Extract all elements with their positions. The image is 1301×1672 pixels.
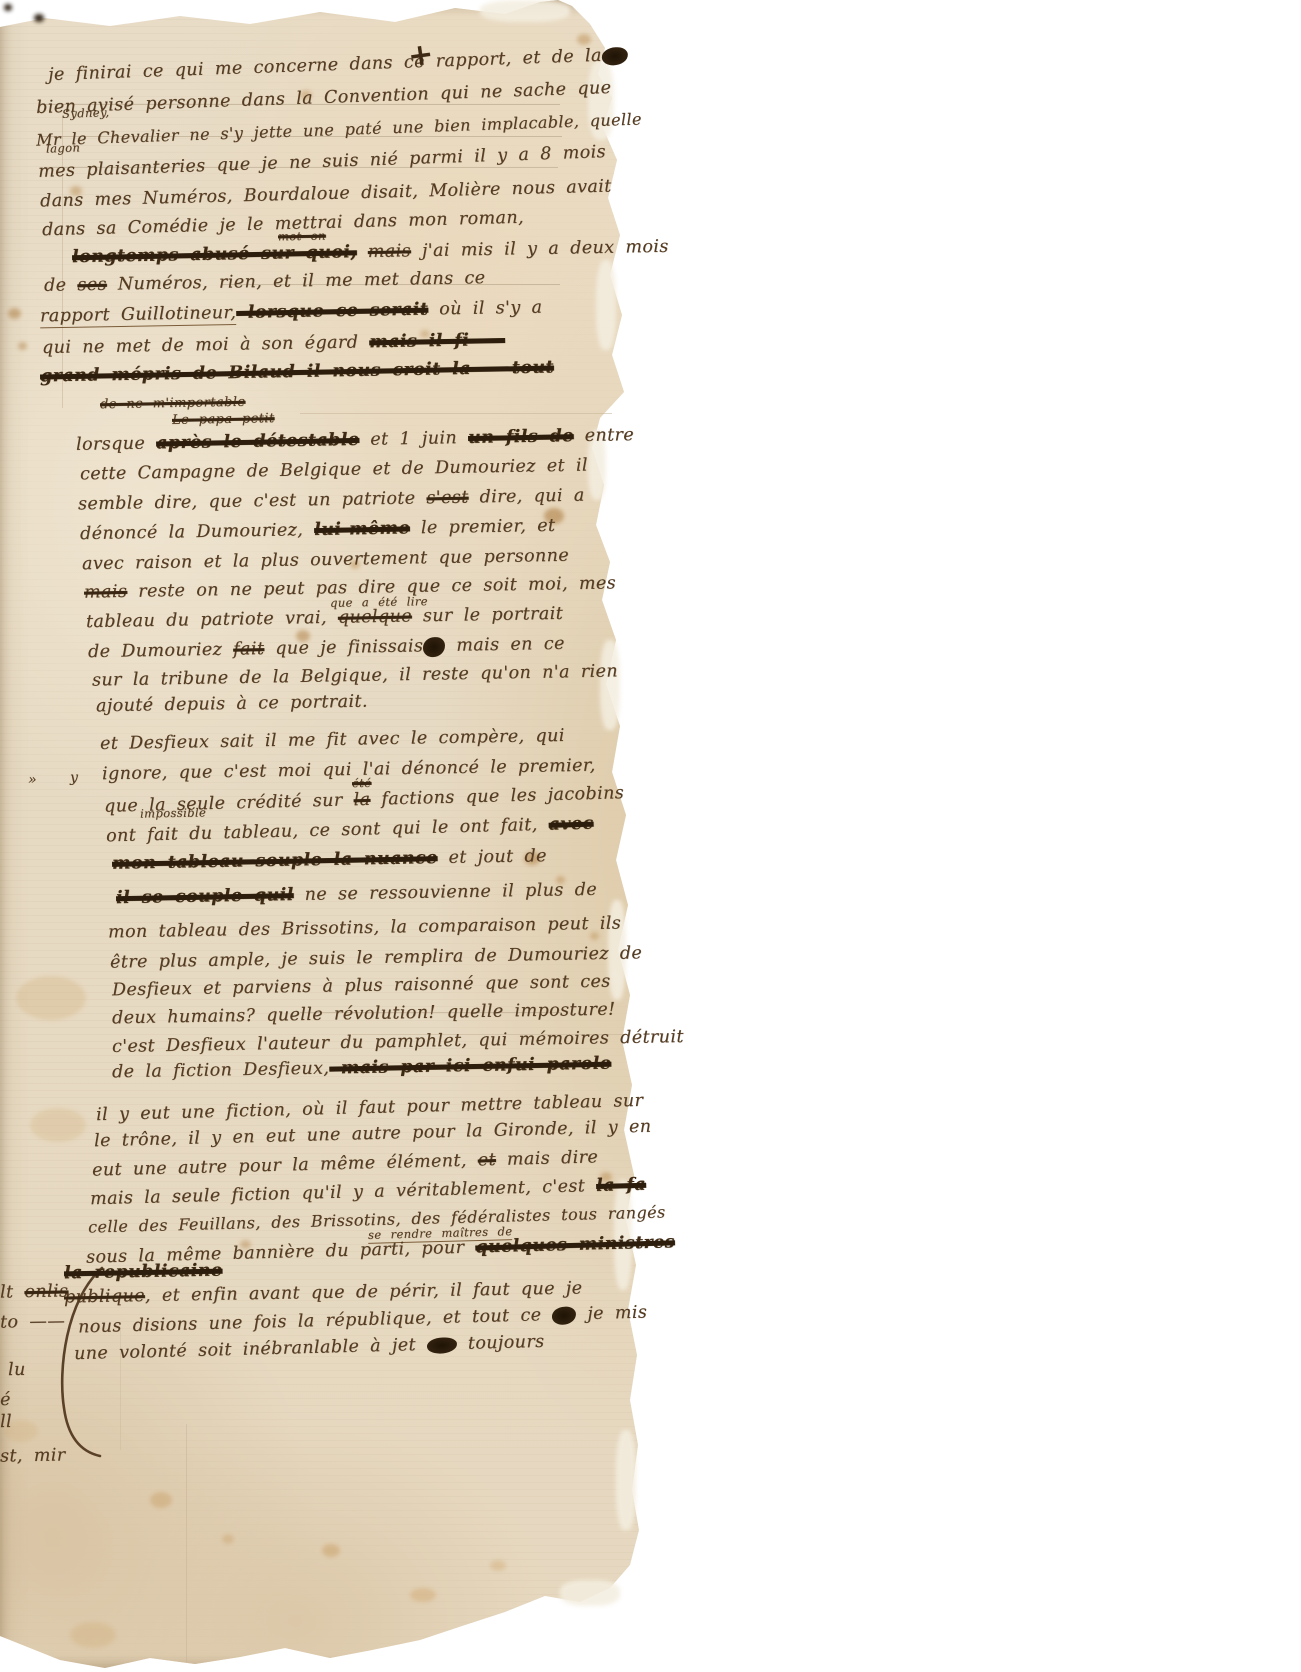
handwritten-line: Le papa petit: [172, 411, 275, 428]
handwritten-text: la fa: [596, 1175, 646, 1196]
handwritten-text: de la fiction Desfieux,: [112, 1059, 330, 1083]
handwritten-line: mot on: [278, 229, 326, 244]
handwritten-text: après le détestable: [156, 430, 360, 454]
margin-note: é: [0, 1390, 11, 1410]
handwritten-text: [357, 242, 368, 262]
handwritten-text: mais: [84, 582, 128, 603]
handwritten-text: lagon: [46, 140, 81, 155]
handwritten-text: Le papa petit: [172, 411, 275, 428]
handwritten-text: publique: [64, 1286, 145, 1307]
ink-blot: [552, 1306, 576, 1325]
handwritten-text: ll: [0, 1412, 12, 1432]
handwritten-text: fait: [233, 639, 264, 660]
handwritten-text: il se couple quil: [116, 885, 294, 908]
handwritten-text: entre: [574, 425, 635, 446]
margin-note: ll: [0, 1412, 12, 1432]
handwritten-text: impossible: [140, 805, 206, 820]
margin-note: lu: [8, 1360, 26, 1380]
handwritten-text: »: [28, 772, 37, 788]
handwritten-text: y: [70, 770, 78, 786]
handwritten-text: mais en ce: [445, 634, 565, 656]
handwritten-text: avec: [548, 814, 593, 835]
handwritten-text: dire, qui a: [468, 486, 584, 508]
ink-cross-mark: +: [406, 36, 436, 74]
handwritten-text: été: [352, 776, 372, 790]
handwritten-text: mais dire: [496, 1147, 599, 1170]
handwritten-text: dénoncé la Dumouriez,: [80, 520, 314, 544]
handwritten-text: mais il fi——: [369, 330, 505, 352]
handwritten-text: onlis: [24, 1281, 68, 1302]
margin-mark: y: [70, 770, 78, 786]
handwritten-text: lt: [0, 1282, 25, 1302]
handwritten-text: et: [477, 1150, 496, 1170]
handwritten-text: de: [44, 275, 78, 296]
handwritten-line: Sydney,: [62, 105, 110, 121]
handwritten-text: la republicaine: [64, 1261, 223, 1284]
handwritten-text: sur le portrait: [412, 604, 564, 627]
handwritten-text: un fils de: [468, 426, 574, 448]
handwritten-text: Sydney,: [62, 105, 110, 121]
handwritten-line: impossible: [140, 805, 206, 820]
manuscript-scan: je finirai ce qui me concerne dans ce ra…: [0, 0, 1301, 1672]
handwritten-line: la republicaine: [64, 1261, 223, 1284]
handwritten-text: la: [353, 790, 370, 810]
handwritten-text: et 1 juin: [359, 428, 468, 450]
margin-note: to ——: [0, 1311, 65, 1332]
handwritten-text: lorsque: [76, 433, 156, 454]
handwritten-text: et jout de: [437, 846, 547, 868]
handwritten-text: +: [406, 36, 436, 74]
handwritten-text: que je finissais: [264, 636, 423, 659]
handwritten-text: to ——: [0, 1311, 65, 1332]
handwritten-text: le premier, et: [410, 516, 556, 539]
handwritten-text: toujours: [457, 1332, 545, 1354]
handwritten-text: de ne m'importable: [100, 395, 246, 413]
ink-blot: [423, 636, 445, 656]
handwritten-text: lorsque ce serait: [236, 300, 428, 323]
margin-note: lt onlis: [0, 1281, 69, 1302]
handwritten-text: st, mir: [0, 1445, 66, 1466]
handwritten-text: ses: [77, 275, 107, 296]
handwritten-text: de Dumouriez: [88, 640, 233, 663]
ink-blot: [427, 1337, 457, 1354]
margin-mark: »: [28, 772, 37, 788]
handwritten-text: lu: [8, 1360, 26, 1380]
ink-blot: [602, 46, 629, 65]
handwritten-line: été: [352, 776, 372, 790]
handwritten-text: rapport Guillotineur,: [40, 303, 237, 328]
handwritten-text: mot on: [278, 229, 326, 244]
handwritten-text: s'est: [426, 488, 469, 509]
handwritten-text: je mis: [576, 1303, 647, 1325]
handwritten-text: lui-même: [314, 518, 410, 540]
margin-note: st, mir: [0, 1445, 66, 1466]
handwritten-text: quelque: [338, 606, 412, 627]
handwritten-line: lagon: [46, 140, 81, 155]
handwritten-text: é: [0, 1390, 11, 1410]
handwritten-text: où il s'y a: [428, 298, 543, 320]
handwritten-text: mais: [368, 241, 412, 262]
handwritten-line: de ne m'importable: [100, 395, 246, 413]
